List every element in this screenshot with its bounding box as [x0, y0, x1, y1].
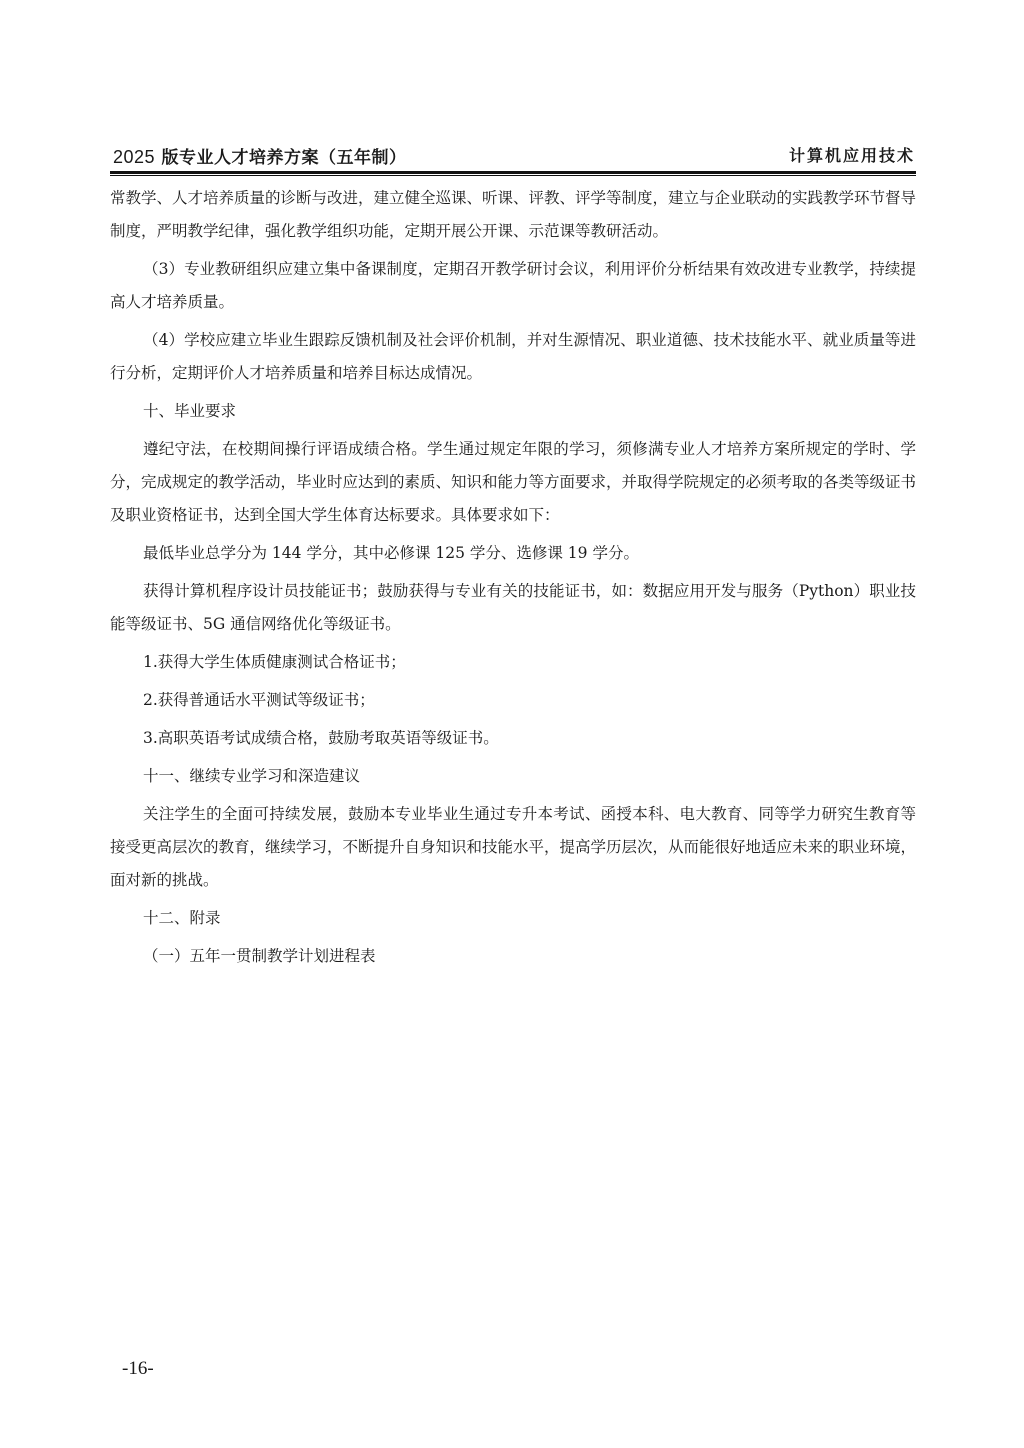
paragraph-further-study: 关注学生的全面可持续发展，鼓励本专业毕业生通过专升本考试、函授本科、电大教育、同…: [110, 798, 916, 897]
section-heading-appendix: 十二、附录: [110, 902, 916, 935]
header-divider: [110, 171, 916, 177]
list-item-2: 2.获得普通话水平测试等级证书；: [110, 684, 916, 717]
appendix-item-1: （一）五年一贯制教学计划进程表: [110, 940, 916, 973]
paragraph-credits: 最低毕业总学分为 144 学分，其中必修课 125 学分、选修课 19 学分。: [110, 537, 916, 570]
paragraph-continued: 常教学、人才培养质量的诊断与改进，建立健全巡课、听课、评教、评学等制度，建立与企…: [110, 182, 916, 248]
document-title-year: 2025: [113, 147, 155, 167]
major-name: 计算机应用技术: [789, 143, 915, 166]
document-title: 2025 版专业人才培养方案（五年制）: [113, 143, 406, 168]
header-divider-thin: [110, 175, 916, 176]
paragraph-item-3: （3）专业教研组织应建立集中备课制度，定期召开教学研讨会议，利用评价分析结果有效…: [110, 253, 916, 319]
document-title-text: 版专业人才培养方案（五年制）: [161, 148, 406, 168]
paragraph-certificates: 获得计算机程序设计员技能证书；鼓励获得与专业有关的技能证书，如：数据应用开发与服…: [110, 575, 916, 641]
header-divider-thick: [110, 171, 916, 174]
list-item-3: 3.高职英语考试成绩合格，鼓励考取英语等级证书。: [110, 722, 916, 755]
section-heading-further-study: 十一、继续专业学习和深造建议: [110, 760, 916, 793]
list-item-1: 1.获得大学生体质健康测试合格证书；: [110, 646, 916, 679]
page-body: 常教学、人才培养质量的诊断与改进，建立健全巡课、听课、评教、评学等制度，建立与企…: [110, 182, 916, 973]
page-number: -16-: [122, 1358, 154, 1380]
running-header: 2025 版专业人才培养方案（五年制） 计算机应用技术: [113, 143, 915, 169]
paragraph-graduation-intro: 遵纪守法，在校期间操行评语成绩合格。学生通过规定年限的学习，须修满专业人才培养方…: [110, 433, 916, 532]
paragraph-item-4: （4）学校应建立毕业生跟踪反馈机制及社会评价机制，并对生源情况、职业道德、技术技…: [110, 324, 916, 390]
section-heading-graduation-requirements: 十、毕业要求: [110, 395, 916, 428]
